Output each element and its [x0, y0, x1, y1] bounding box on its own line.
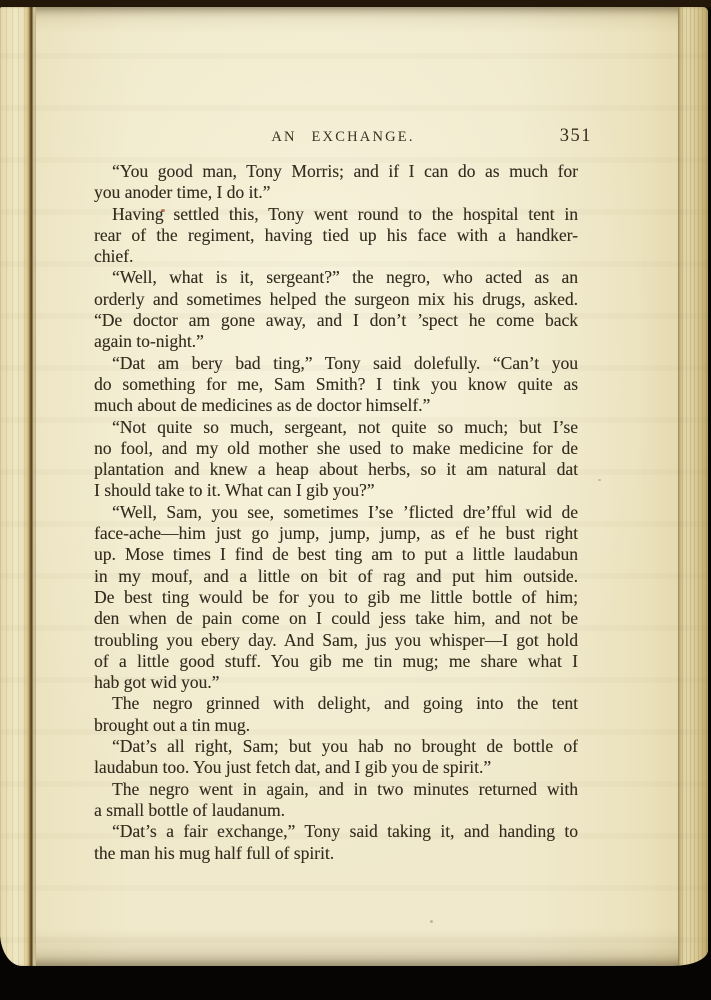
text-line: “Dat am bery bad ting,” Tony said dolefu…: [94, 353, 578, 374]
text-line: face-ache—him just go jump, jump, jump, …: [94, 523, 578, 544]
text-line: you anoder time, I do it.”: [94, 182, 578, 203]
right-page-edges: [678, 7, 708, 966]
left-page-edges: [0, 7, 36, 966]
paragraph: “Dat’s a fair exchange,” Tony said takin…: [94, 821, 578, 864]
text-line: “Not quite so much, sergeant, not quite …: [94, 417, 578, 438]
paragraph: Having settled this, Tony went round to …: [94, 204, 578, 268]
text-line: troubling you ebery day. And Sam, jus yo…: [94, 630, 578, 651]
text-line: Having settled this, Tony went round to …: [94, 204, 578, 225]
text-line: “Dat’s all right, Sam; but you hab no br…: [94, 736, 578, 757]
text-line: plantation and knew a heap about herbs, …: [94, 459, 578, 480]
paper-speck: [598, 479, 601, 481]
paragraph: “Dat’s all right, Sam; but you hab no br…: [94, 736, 578, 779]
text-line: up. Mose times I find de best ting am to…: [94, 544, 578, 565]
text-line: laudabun too. You just fetch dat, and I …: [94, 757, 578, 778]
paragraph: The negro went in again, and in two minu…: [94, 779, 578, 822]
text-line: The negro went in again, and in two minu…: [94, 779, 578, 800]
text-line: brought out a tin mug.: [94, 715, 578, 736]
text-line: do something for me, Sam Smith? I tink y…: [94, 374, 578, 395]
text-line: I should take to it. What can I gib you?…: [94, 480, 578, 501]
paragraph: “Well, what is it, sergeant?” the negro,…: [94, 267, 578, 352]
paragraph: “You good man, Tony Morris; and if I can…: [94, 161, 578, 204]
text-line: The negro grinned with delight, and goin…: [94, 693, 578, 714]
book-page: AN EXCHANGE. 351 “You good man, Tony Mor…: [0, 7, 708, 966]
scanned-book-photo: AN EXCHANGE. 351 “You good man, Tony Mor…: [0, 0, 711, 1000]
text-line: a small bottle of laudanum.: [94, 800, 578, 821]
text-line: in my mouf, and a little on bit of rag a…: [94, 566, 578, 587]
running-header: AN EXCHANGE. 351: [94, 128, 592, 148]
text-line: “De doctor am gone away, and I don’t ’sp…: [94, 310, 578, 331]
text-line: chief.: [94, 246, 578, 267]
text-line: “Well, Sam, you see, sometimes I’se ’fli…: [94, 502, 578, 523]
paper-speck: [430, 920, 433, 923]
page-number: 351: [560, 126, 592, 147]
text-line: orderly and sometimes helped the surgeon…: [94, 289, 578, 310]
text-line: “Well, what is it, sergeant?” the negro,…: [94, 267, 578, 288]
text-line: De best ting would be for you to gib me …: [94, 587, 578, 608]
text-line: hab got wid you.”: [94, 672, 578, 693]
paragraph: “Well, Sam, you see, sometimes I’se ’fli…: [94, 502, 578, 694]
text-line: rear of the regiment, having tied up his…: [94, 225, 578, 246]
chapter-running-title: AN EXCHANGE.: [271, 129, 414, 146]
page-body: “You good man, Tony Morris; and if I can…: [94, 161, 578, 864]
text-line: much about de medicines as de doctor him…: [94, 395, 578, 416]
text-line: again to-night.”: [94, 331, 578, 352]
text-line: no fool, and my old mother she used to m…: [94, 438, 578, 459]
printed-content: AN EXCHANGE. 351 “You good man, Tony Mor…: [94, 128, 592, 864]
paragraph: “Dat am bery bad ting,” Tony said dolefu…: [94, 353, 578, 417]
text-line: the man his mug half full of spirit.: [94, 843, 578, 864]
text-line: of a little good stuff. You gib me tin m…: [94, 651, 578, 672]
text-line: “Dat’s a fair exchange,” Tony said takin…: [94, 821, 578, 842]
paragraph: The negro grinned with delight, and goin…: [94, 693, 578, 736]
paragraph: “Not quite so much, sergeant, not quite …: [94, 417, 578, 502]
text-line: “You good man, Tony Morris; and if I can…: [94, 161, 578, 182]
text-line: den when de pain come on I could jess ta…: [94, 608, 578, 629]
